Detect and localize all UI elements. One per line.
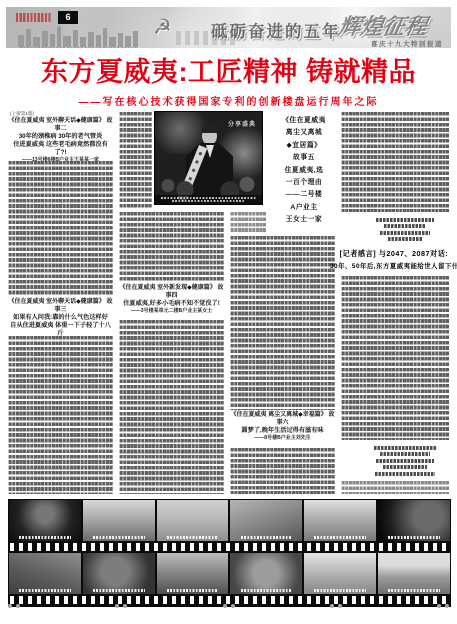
banner-subtitle: 喜庆十九大特别报道 [371, 39, 443, 48]
story3-heading: 《住在夏威夷 室外聊天话◆健康篇》 故事三 [8, 299, 113, 314]
page-number: 6 [58, 11, 78, 24]
body-text-block [230, 236, 335, 410]
story4-heading-block: 《住在夏威夷 室外新发现◆健康篇》 故事四 住夏威夷,好多小毛病不知不觉没了! … [119, 285, 224, 315]
city-skyline-icon [16, 25, 144, 48]
reporter-section-bold: 30年、50年后,东方夏威夷能给世人留下什么 [330, 261, 457, 270]
filmstrip-row-2 [9, 553, 450, 594]
story4-attribution: ——3号楼某单元二楼B户业主某女士 [119, 308, 224, 315]
film-photo-site-inspection [230, 500, 302, 541]
film-photo-site-workers [9, 553, 81, 594]
body-text-block [230, 212, 266, 232]
body-text-block [119, 212, 224, 282]
film-photo-completed-building [378, 553, 450, 594]
film-photo-worker-pointing [378, 500, 450, 541]
story6-bold-line: 圆梦了,晚年生活过得有滋有味 [230, 427, 335, 435]
film-photo-tree-planting [83, 553, 155, 594]
banner-title: 砥砺奋进的五年 [211, 18, 341, 42]
film-photo-award-ceremony [9, 500, 81, 541]
body-text-block [8, 336, 113, 494]
story3-heading-block: 《住在夏威夷 室外聊天话◆健康篇》 故事三 如果有人问我:靠的什么气色这样好 自… [8, 299, 113, 338]
filmstrip-montage [8, 499, 451, 607]
masthead-logo [16, 13, 52, 22]
main-headline: 东方夏威夷:工匠精神 铸就精品 [0, 56, 457, 88]
awardee-figure [202, 127, 217, 145]
photo-caption [155, 195, 262, 204]
story2-bold-line2: 住进夏威夷 这些老毛病竟然都没有了?! [8, 141, 113, 157]
body-text-block [119, 112, 152, 208]
story2-heading-block: 《住在夏威夷 室外聊天话◆健康篇》 故事二 30年的颈椎病 30年的老气管炎 住… [8, 118, 113, 164]
film-photo-construction-site [83, 500, 155, 541]
reporter-section-heading: [记者感言] 与2047、2087对话: [335, 249, 453, 259]
film-perforation [9, 541, 450, 553]
story5-line: ◆宜居篇》 [270, 140, 338, 152]
filmstrip-row-1 [9, 500, 450, 541]
dialogue-lines [365, 443, 445, 478]
newspaper-page: 6 ☭ 砥砺奋进的五年 辉煌征程 喜庆十九大特别报道 [0, 0, 457, 624]
film-photo-workers-lineup [157, 500, 229, 541]
film-photo-scaffolding [157, 553, 229, 594]
body-text-block [8, 161, 113, 295]
story5-line: 故事五 [270, 152, 338, 164]
top-banner: 6 ☭ 砥砺奋进的五年 辉煌征程 喜庆十九大特别报道 [6, 7, 451, 48]
story5-line: 离尘又离城 [270, 127, 338, 139]
continued-from-note: (上接第1版) [10, 111, 34, 117]
edition-info-line [20, 47, 138, 48]
story6-heading-block: 《住在夏威夷 离尘又离城◆幸福篇》 故事六 圆梦了,晚年生活过得有滋有味 ——8… [230, 412, 335, 442]
story5-line: 一百个理由 [270, 177, 338, 189]
story6-heading: 《住在夏威夷 离尘又离城◆幸福篇》 故事六 [230, 412, 335, 427]
story3-bold-line1: 如果有人问我:靠的什么气色这样好 [8, 314, 113, 322]
story5-line: 住夏威夷,选 [270, 165, 338, 177]
story4-bold-line: 住夏威夷,好多小毛病不知不觉没了! [119, 300, 224, 308]
backdrop-text: 分享盛典 [228, 119, 256, 128]
story5-line: ——二号楼 [270, 189, 338, 201]
audience-silhouettes [155, 170, 262, 196]
story5-line: 王女士一家 [270, 214, 338, 226]
film-photo-residents-window [230, 553, 302, 594]
body-text-block [341, 276, 449, 440]
sub-headline: ——写在核心技术获得国家专利的创新楼盘运行周年之际 [0, 93, 457, 108]
body-text-block [230, 448, 335, 494]
story5-line: 《住在夏威夷 [270, 115, 338, 127]
film-photo-helmet-workers-group [304, 500, 376, 541]
story5-pullquote: 《住在夏威夷 离尘又离城 ◆宜居篇》 故事五 住夏威夷,选 一百个理由 ——二号… [270, 115, 338, 227]
body-text-block [341, 481, 449, 494]
banner-script-title: 辉煌征程 [336, 10, 429, 41]
story5-line: A户业主 [270, 202, 338, 214]
body-text-block [119, 320, 224, 494]
party-emblem-icon: ☭ [153, 15, 172, 39]
story2-bold-line1: 30年的颈椎病 30年的老气管炎 [8, 133, 113, 141]
body-text-block [341, 112, 449, 212]
film-photo-buildings-aerial [304, 553, 376, 594]
story5-signature-lines [365, 215, 445, 244]
story6-attribution: ——8号楼B户业主刘先生 [230, 435, 335, 442]
story4-heading: 《住在夏威夷 室外新发现◆健康篇》 故事四 [119, 285, 224, 300]
footer-dots [8, 604, 449, 608]
story2-heading: 《住在夏威夷 室外聊天话◆健康篇》 故事二 [8, 118, 113, 133]
award-ceremony-photo: 分享盛典 [155, 112, 262, 204]
